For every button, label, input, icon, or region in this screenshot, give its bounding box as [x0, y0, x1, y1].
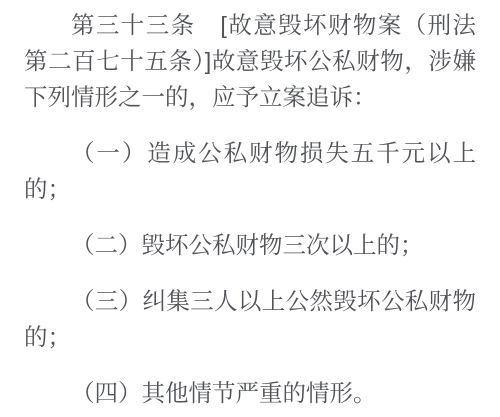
article-paragraph-item-2: （二）毁坏公私财物三次以上的； — [24, 227, 476, 263]
article-paragraph-intro: 第三十三条 [故意毁坏财物案（刑法第二百七十五条）]故意毁坏公私财物，涉嫌下列情… — [24, 7, 476, 115]
legal-article: 第三十三条 [故意毁坏财物案（刑法第二百七十五条）]故意毁坏公私财物，涉嫌下列情… — [24, 7, 476, 411]
article-paragraph-item-3: （三）纠集三人以上公然毁坏公私财物的； — [24, 283, 476, 355]
article-paragraph-item-4: （四）其他情节严重的情形。 — [24, 375, 476, 411]
reader-page: 第三十三条 [故意毁坏财物案（刑法第二百七十五条）]故意毁坏公私财物，涉嫌下列情… — [0, 0, 500, 417]
article-paragraph-item-1: （一）造成公私财物损失五千元以上的； — [24, 135, 476, 207]
